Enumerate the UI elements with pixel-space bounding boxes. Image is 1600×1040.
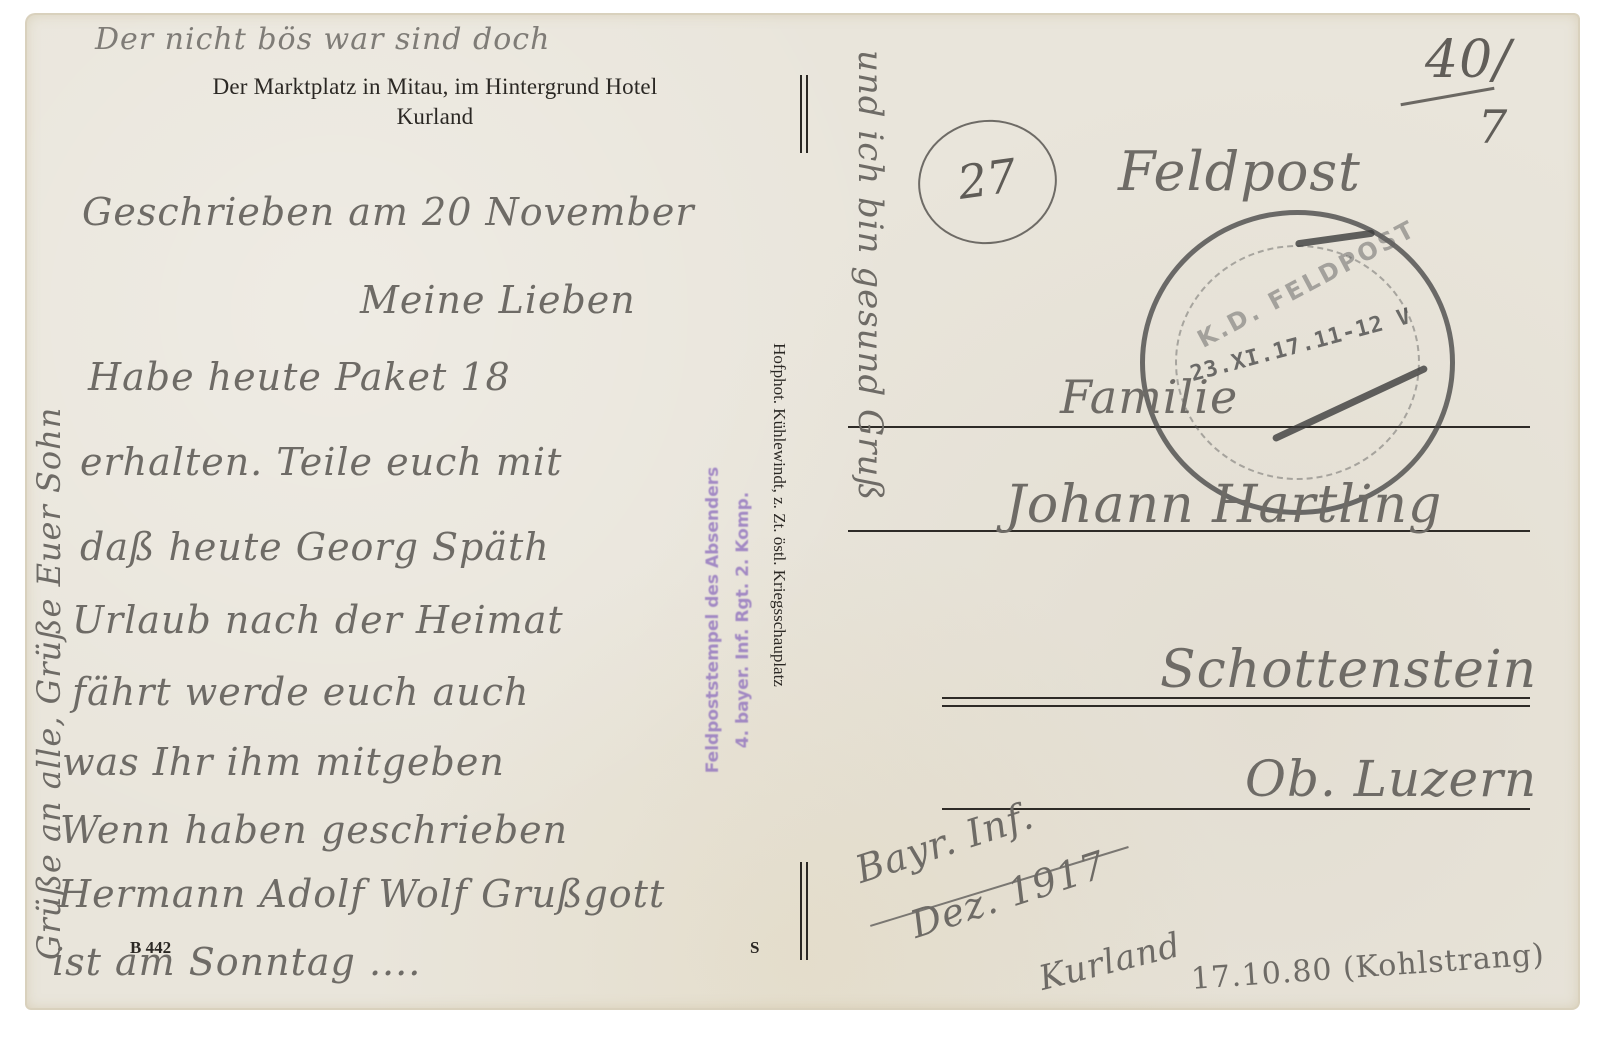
unit-stamp-line-2: 4. bayer. Inf. Rgt. 2. Komp. [728,370,758,870]
divider-rule-top-a [800,75,802,153]
printed-caption: Der Marktplatz in Mitau, im Hintergrund … [95,72,775,132]
address-region: Ob. Luzern [1245,750,1537,808]
message-line: Wenn haben geschrieben [60,808,568,852]
address-town: Schottenstein [1160,640,1537,700]
caption-line-1: Der Marktplatz in Mitau, im Hintergrund … [95,72,775,102]
address-line-3b [942,705,1530,707]
message-top-margin: Der nicht bös war sind doch [95,22,550,57]
message-line: ist am Sonntag .... [52,940,421,984]
message-line: was Ihr ihm mitgeben [62,740,505,784]
divider-rule-bottom-b [806,862,808,960]
message-center-margin: und ich bin gesund Gruß [850,50,890,501]
message-line: daß heute Georg Späth [80,525,550,569]
divider-rule-bottom-a [800,862,802,960]
feldpost-postmark: K.D. FELDPOST 23.XI.17.11-12 V [1140,210,1455,515]
message-line: Urlaub nach der Heimat [72,598,564,642]
address-recipient-2: Johann Hartling [1005,475,1442,535]
catalog-sub-number: 7 [1478,100,1508,154]
message-line: Geschrieben am 20 November [82,190,695,234]
address-recipient-1: Familie [1060,370,1238,424]
print-mark: S [750,938,759,958]
divider-rule-top-b [806,75,808,153]
message-line: Meine Lieben [360,278,636,322]
message-line: Habe heute Paket 18 [88,355,511,399]
caption-line-2: Kurland [95,102,775,132]
publisher-credit: Hofphot. Kühlewindt, z. Zt. östl. Kriegs… [769,170,789,860]
feldpost-label: Feldpost [1118,140,1361,203]
message-line: fährt werde euch auch [72,670,529,714]
unit-stamp: Feldpoststempel des Absenders 4. bayer. … [698,370,758,870]
unit-stamp-line-1: Feldpoststempel des Absenders [698,370,728,870]
circled-number-text: 27 [916,143,1057,215]
message-line: erhalten. Teile euch mit [80,440,562,484]
message-left-margin: Grüße an alle, Grüße Euer Sohn [30,407,68,960]
message-line: Hermann Adolf Wolf Grußgott [58,872,665,916]
catalog-number: 40/ [1425,30,1512,90]
